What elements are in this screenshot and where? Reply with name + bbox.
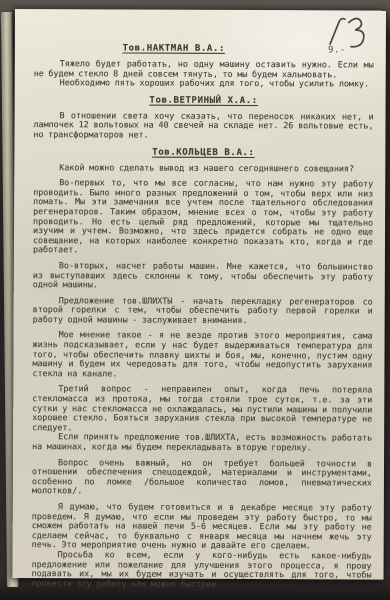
paragraph: Третий вопрос - неправилен опыт, когда п… xyxy=(32,385,372,434)
speaker-heading: Тов.НАКТМАН В.А.: xyxy=(34,43,314,54)
document-page: 9.- Тов.НАКТМАН В.А.: Тяжело будет работ… xyxy=(13,9,386,580)
paragraph: Предложение тов.ШЛИХТЫ - начать переклад… xyxy=(33,296,373,326)
paragraph: Мое мнение такое - я не везде против это… xyxy=(32,331,372,380)
paragraph: В отношении света хочу сказать, что пере… xyxy=(33,111,373,141)
paragraph: Необходимо пять хороших рабочих для того… xyxy=(34,78,374,89)
paragraph: Вопрос очень важный, но он требует больш… xyxy=(32,458,372,498)
paragraph: Какой можно сделать вывод из нашего сего… xyxy=(33,163,373,174)
speaker-heading: Тов.ВЕТРИНЫЙ Х.А.: xyxy=(34,95,374,106)
paragraph: Во-первых то, что мы все согласны, что н… xyxy=(33,178,373,256)
page-numbers: 9.- xyxy=(302,14,372,62)
paragraph: Просьба ко всем, если у кого-нибудь есть… xyxy=(31,550,371,590)
paragraph: Я думаю, что будем готовиться и в декабр… xyxy=(32,502,372,551)
paragraph: Во-вторых, насчет работы машин. Мне каже… xyxy=(33,261,373,291)
typed-page-number: 9.- xyxy=(328,45,346,55)
speaker-heading: Тов.КОЛЬЦЕВ В.А.: xyxy=(33,147,373,158)
paragraph: Если принять предложение тов.ШЛИХТА, ест… xyxy=(32,432,372,453)
scan-background: 9.- Тов.НАКТМАН В.А.: Тяжело будет работ… xyxy=(0,0,390,600)
